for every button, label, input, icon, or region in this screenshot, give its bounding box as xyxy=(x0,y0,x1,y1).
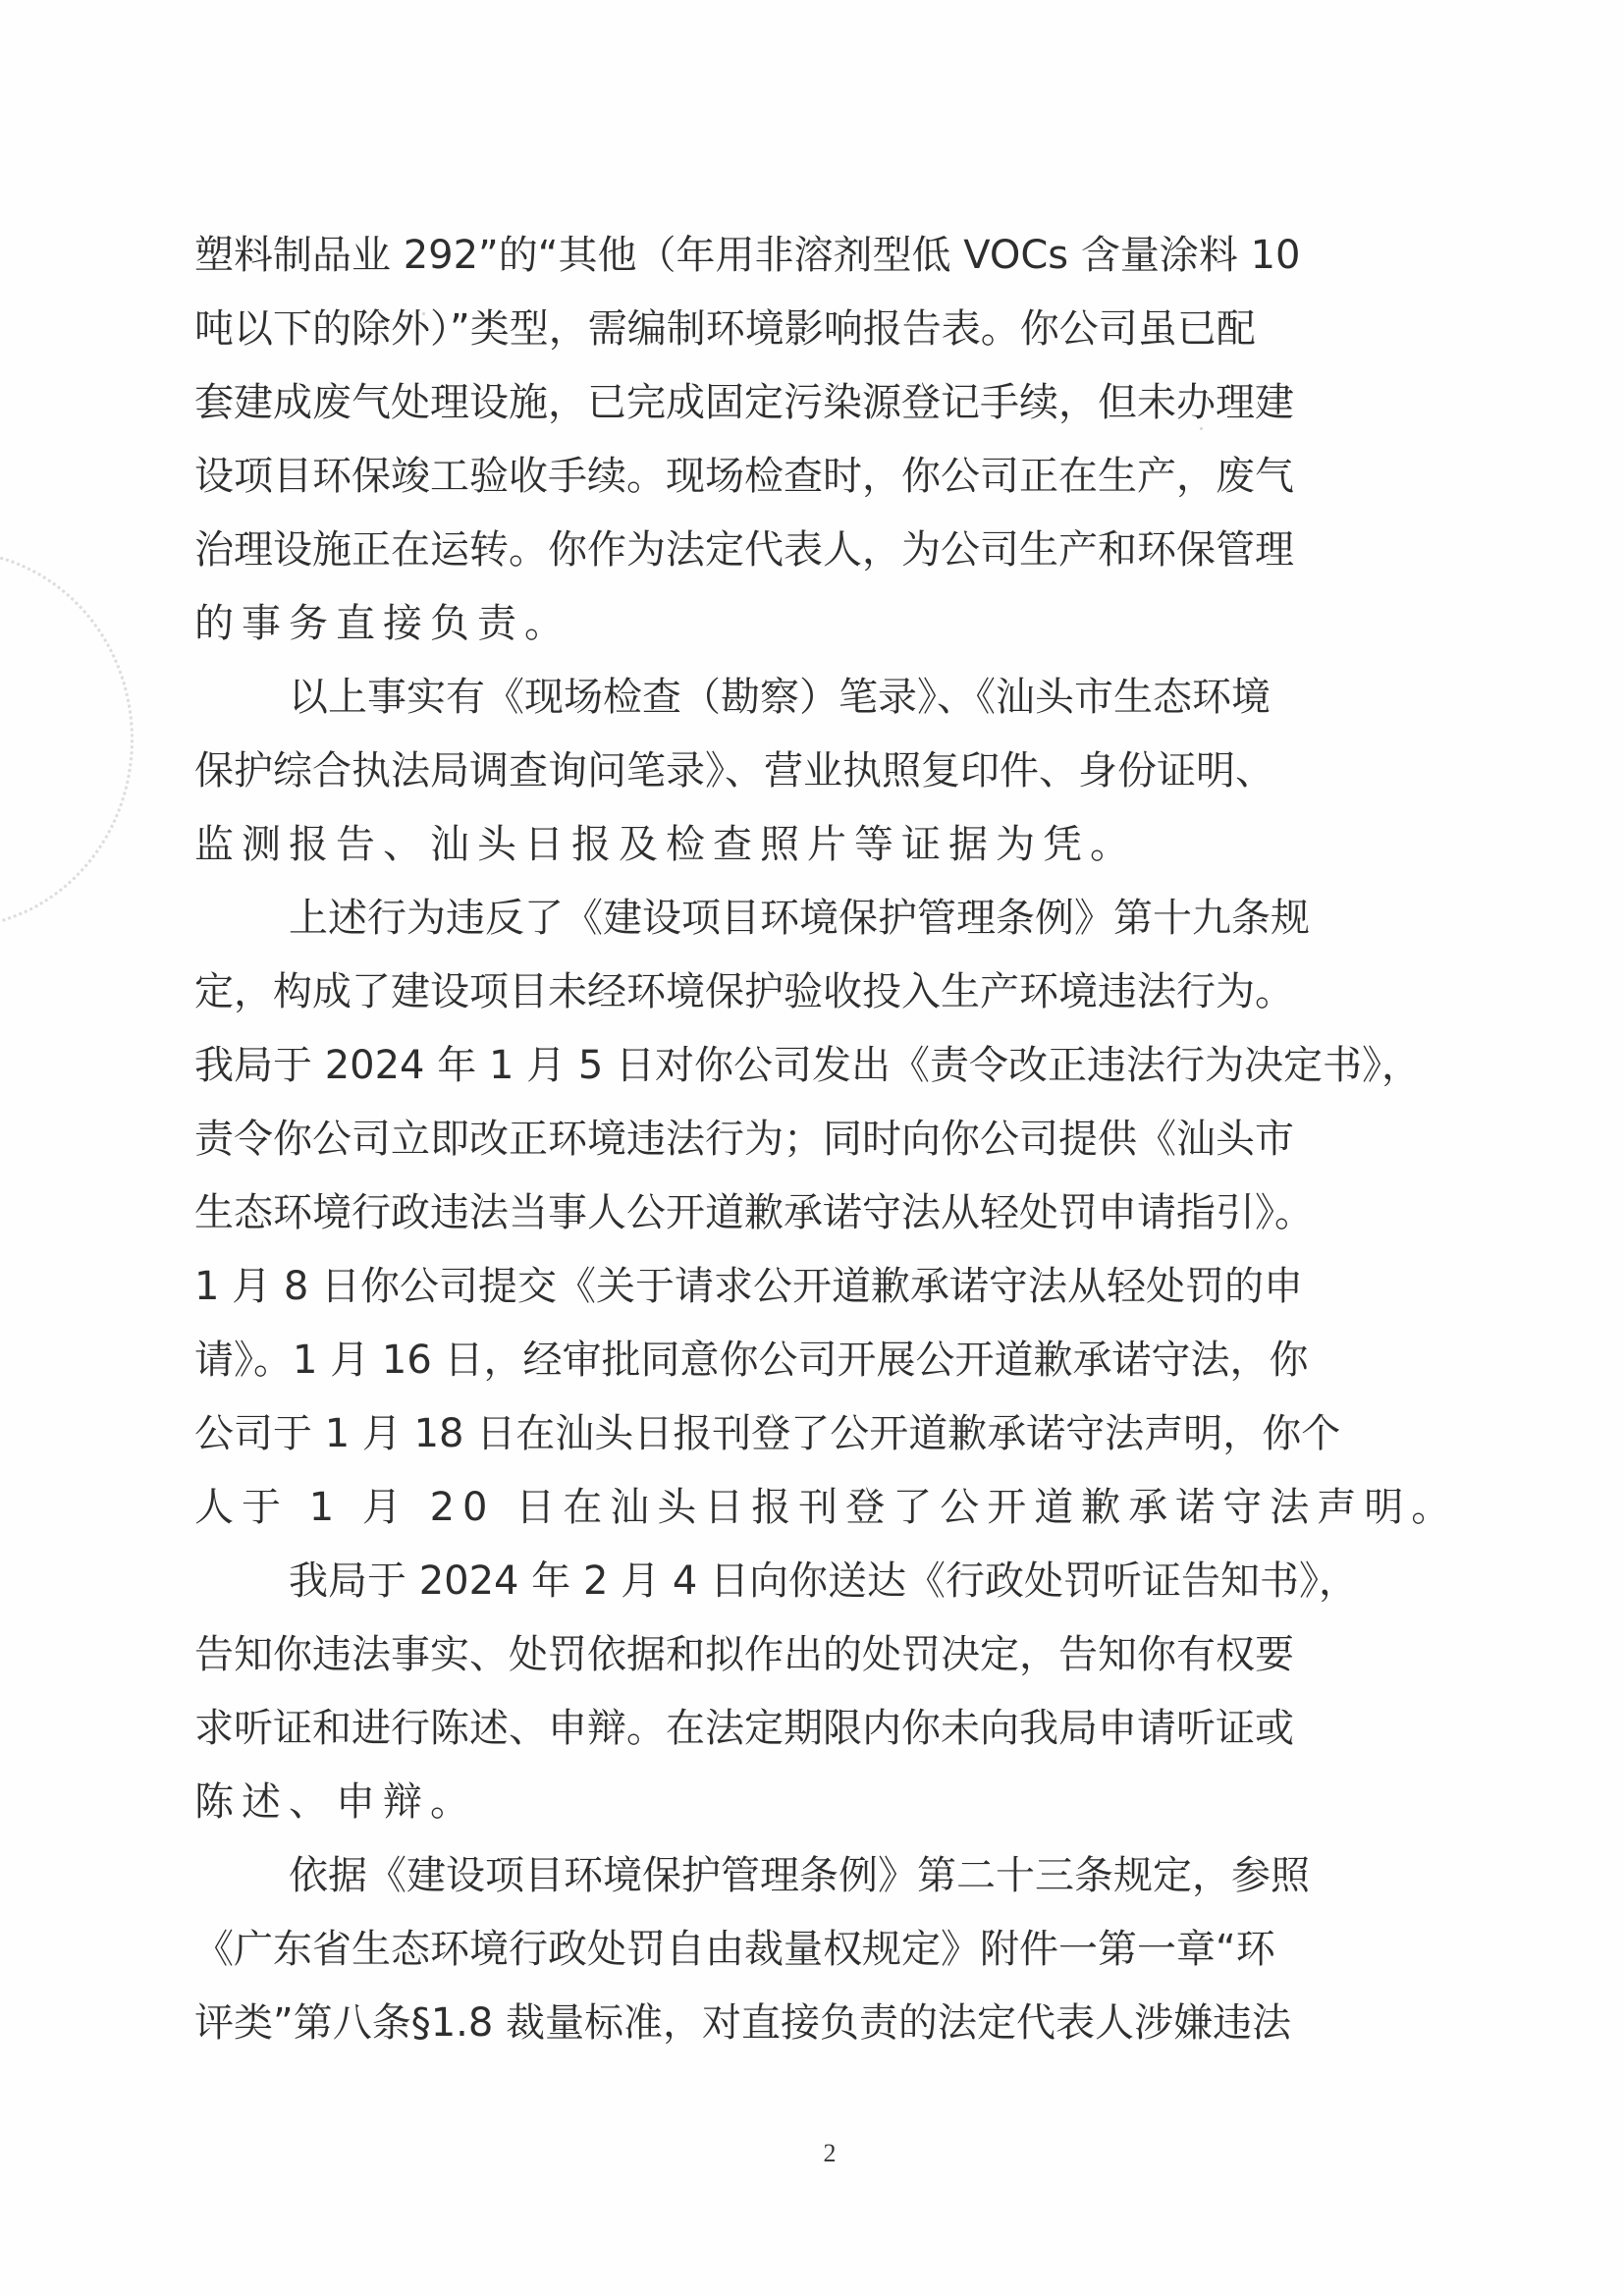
paragraph-1: 塑料制品业 292”的“其他（年用非溶剂型低 VOCs 含量涂料 10 吨以下的… xyxy=(194,224,1428,666)
text-line: 评类”第八条§1.8 裁量标准，对直接负责的法定代表人涉嫌违法 xyxy=(194,1992,1428,2065)
text-line: 定，构成了建设项目未经环境保护验收投入生产环境违法行为。 xyxy=(194,960,1428,1034)
text-line: 陈述、申辩。 xyxy=(194,1771,1428,1844)
text-line: 公司于 1 月 18 日在汕头日报刊登了公开道歉承诺守法声明，你个 xyxy=(194,1402,1428,1476)
text-line: 监测报告、汕头日报及检查照片等证据为凭。 xyxy=(194,813,1428,887)
paragraph-hearing-notice: 我局于 2024 年 2 月 4 日向你送达《行政处罚听证告知书》， 告知你违法… xyxy=(194,1550,1428,1844)
seal-stamp-partial xyxy=(0,550,134,929)
page-number: 2 xyxy=(818,2139,841,2168)
text-line: 吨以下的除外）”类型，需编制环境影响报告表。你公司虽已配 xyxy=(194,298,1428,371)
text-line: 塑料制品业 292”的“其他（年用非溶剂型低 VOCs 含量涂料 10 xyxy=(194,224,1428,298)
paragraph-evidence: 以上事实有《现场检查（勘察）笔录》、《汕头市生态环境 保护综合执法局调查询问笔录… xyxy=(194,666,1428,887)
text-line: 1 月 8 日你公司提交《关于请求公开道歉承诺守法从轻处罚的申 xyxy=(194,1255,1428,1329)
text-line: 的事务直接负责。 xyxy=(194,592,1428,666)
text-line: 上述行为违反了《建设项目环境保护管理条例》第十九条规 xyxy=(194,887,1428,960)
text-line: 《广东省生态环境行政处罚自由裁量权规定》附件一第一章“环 xyxy=(194,1918,1428,1992)
text-line: 请》。1 月 16 日，经审批同意你公司开展公开道歉承诺守法，你 xyxy=(194,1329,1428,1402)
text-line: 套建成废气处理设施，已完成固定污染源登记手续，但未办理建 xyxy=(194,371,1428,445)
text-line: 告知你违法事实、处罚依据和拟作出的处罚决定，告知你有权要 xyxy=(194,1623,1428,1697)
text-line: 依据《建设项目环境保护管理条例》第二十三条规定，参照 xyxy=(194,1844,1428,1918)
text-line: 人于 1 月 20 日在汕头日报刊登了公开道歉承诺守法声明。 xyxy=(194,1476,1428,1550)
text-line: 求听证和进行陈述、申辩。在法定期限内你未向我局申请听证或 xyxy=(194,1697,1428,1771)
text-line: 我局于 2024 年 2 月 4 日向你送达《行政处罚听证告知书》， xyxy=(194,1550,1428,1623)
text-line: 责令你公司立即改正环境违法行为；同时向你公司提供《汕头市 xyxy=(194,1108,1428,1181)
document-page: 塑料制品业 292”的“其他（年用非溶剂型低 VOCs 含量涂料 10 吨以下的… xyxy=(0,0,1623,2296)
text-line: 保护综合执法局调查询问笔录》、营业执照复印件、身份证明、 xyxy=(194,739,1428,813)
text-line: 设项目环保竣工验收手续。现场检查时，你公司正在生产，废气 xyxy=(194,445,1428,519)
document-body: 塑料制品业 292”的“其他（年用非溶剂型低 VOCs 含量涂料 10 吨以下的… xyxy=(194,224,1428,2065)
paragraph-legal-basis: 依据《建设项目环境保护管理条例》第二十三条规定，参照 《广东省生态环境行政处罚自… xyxy=(194,1844,1428,2065)
text-line: 以上事实有《现场检查（勘察）笔录》、《汕头市生态环境 xyxy=(194,666,1428,739)
text-line: 我局于 2024 年 1 月 5 日对你公司发出《责令改正违法行为决定书》， xyxy=(194,1034,1428,1108)
text-line: 生态环境行政违法当事人公开道歉承诺守法从轻处罚申请指引》。 xyxy=(194,1181,1428,1255)
text-line: 治理设施正在运转。你作为法定代表人，为公司生产和环保管理 xyxy=(194,519,1428,592)
paragraph-violation: 上述行为违反了《建设项目环境保护管理条例》第十九条规 定，构成了建设项目未经环境… xyxy=(194,887,1428,1550)
